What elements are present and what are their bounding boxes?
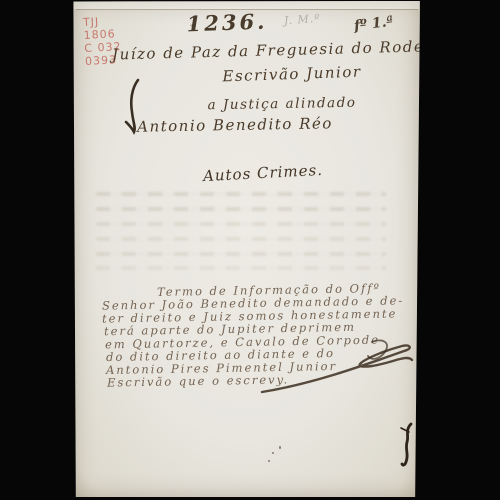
- page-top-edge-highlight: [74, 0, 419, 9]
- plaintiff-line: a Justiça alindado: [184, 94, 380, 113]
- bleed-through-text: [96, 222, 386, 226]
- margin-ink-mark: [397, 422, 417, 468]
- scanned-document-photo: TJJ 1806 C 032 0393 1236. J. M.º fº 1.ª …: [0, 0, 500, 500]
- pencil-annotation: J. M.º: [284, 12, 321, 28]
- case-number: 1236.: [167, 8, 288, 37]
- court-title-line: Juízo de Paz da Freguesia do Rodeio: [112, 38, 384, 63]
- ink-speck: [279, 446, 281, 449]
- bleed-through-text: [96, 266, 386, 270]
- bleed-through-text: [96, 237, 386, 241]
- signature-flourish: [222, 336, 417, 398]
- bleed-through-text: [96, 252, 386, 256]
- defendant-line: Antonio Benedito Réo: [118, 114, 352, 136]
- bleed-through-text: [96, 192, 386, 196]
- ink-stroke-mark: [122, 78, 148, 134]
- ink-speck: [268, 460, 270, 462]
- folio-number: fº 1.ª: [353, 14, 394, 35]
- section-heading: Autos Crimes.: [190, 160, 337, 186]
- ink-speck: [190, 24, 196, 27]
- clerk-title-line: Escrivão Junior: [192, 62, 393, 87]
- manuscript-page: TJJ 1806 C 032 0393 1236. J. M.º fº 1.ª …: [72, 0, 420, 497]
- ink-speck: [272, 452, 274, 454]
- bleed-through-text: [96, 207, 386, 211]
